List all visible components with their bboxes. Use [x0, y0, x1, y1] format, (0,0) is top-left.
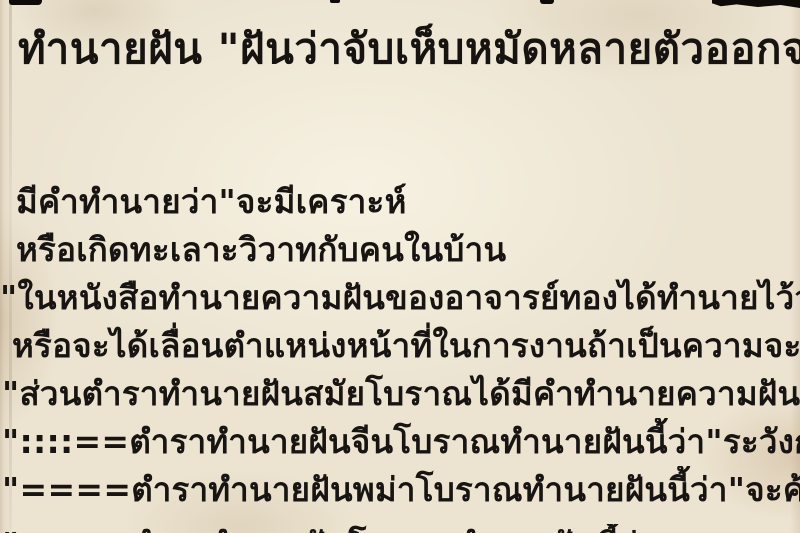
body-line: หรือจะได้เลื่อนตำแหน่งหน้าที่ในการงานถ้า… [0, 322, 800, 370]
dream-interpretation-text: มีคำทำนายว่า"จะมีเคราะห์ หรือเกิดทะเลาะว… [0, 178, 800, 533]
body-line: "====ตำราทำนายฝันพม่าโบราณทำนายฝันนี้ว่า… [0, 466, 800, 514]
torn-edge-mark [712, 0, 800, 8]
body-line-partial: "====ตำราทำนายฝันโบราณทำนายฝันนี้ว่า [0, 524, 800, 533]
body-line: มีคำทำนายว่า"จะมีเคราะห์ [0, 178, 800, 226]
paper-background: ทำนายฝัน "ฝันว่าจับเห็บหมัดหลายตัวออกจ ม… [0, 0, 800, 533]
body-line: "ส่วนตำราทำนายฝันสมัยโบราณได้มีคำทำนายคว… [0, 370, 800, 418]
body-line: "::::==ตำราทำนายฝันจีนโบราณทำนายฝันนี้ว่… [0, 418, 800, 466]
torn-edge-mark [9, 0, 42, 5]
body-line: หรือเกิดทะเลาะวิวาทกับคนในบ้าน [0, 226, 800, 274]
torn-edge-mark [540, 0, 554, 4]
page-title: ทำนายฝัน "ฝันว่าจับเห็บหมัดหลายตัวออกจ [0, 16, 800, 74]
body-line: "ในหนังสือทำนายความฝันของอาจารย์ทองได้ทำ… [0, 274, 800, 322]
torn-edge-mark [330, 0, 340, 3]
